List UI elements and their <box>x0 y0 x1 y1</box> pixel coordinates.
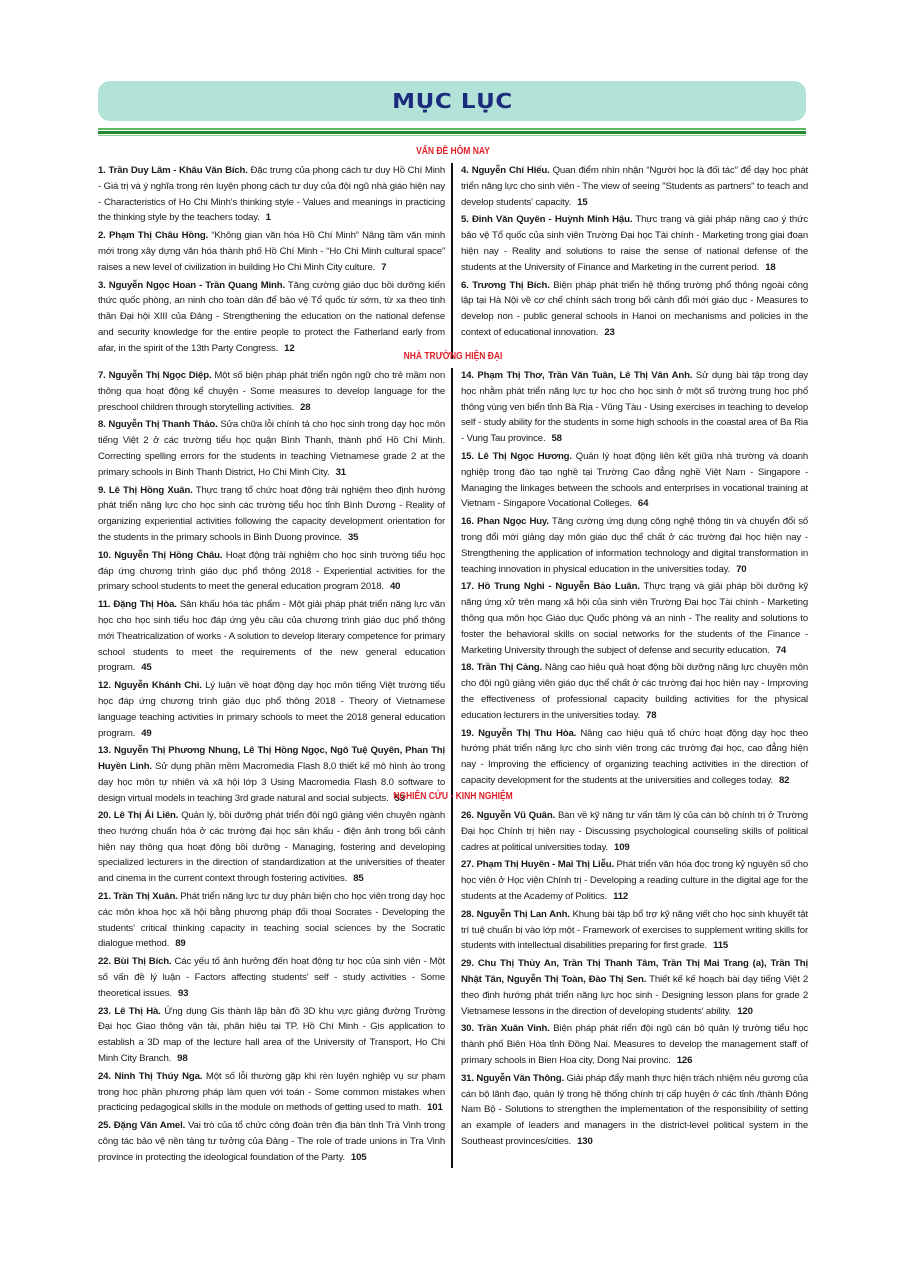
toc-entry: 22. Bùi Thị Bích. Các yếu tố ảnh hưởng đ… <box>98 954 445 1001</box>
entry-authors: Nguyễn Thị Thanh Thảo. <box>108 419 217 430</box>
section-title: NHÀ TRƯỜNG HIỆN ĐẠI <box>151 351 755 362</box>
entry-page: 58 <box>551 433 561 444</box>
entry-number: 15. <box>461 451 474 462</box>
entry-page: 101 <box>427 1102 443 1113</box>
toc-entry: 11. Đặng Thị Hòa. Sân khấu hóa tác phẩm … <box>98 597 445 676</box>
entry-page: 126 <box>677 1055 693 1066</box>
entry-number: 25. <box>98 1120 111 1131</box>
toc-entry: 12. Nguyễn Khánh Chi. Lý luận về hoạt độ… <box>98 678 445 741</box>
divider-line <box>98 131 806 134</box>
toc-entry: 3. Nguyễn Ngọc Hoan - Trần Quang Minh. T… <box>98 278 445 357</box>
entry-page: 109 <box>614 842 630 853</box>
column-left: 7. Nguyễn Thị Ngọc Diệp. Một số biện phá… <box>98 368 451 809</box>
toc-entry: 8. Nguyễn Thị Thanh Thảo. Sửa chữa lỗi c… <box>98 417 445 480</box>
entry-number: 10. <box>98 550 111 561</box>
toc-entry: 17. Hồ Trung Nghi - Nguyễn Bảo Luân. Thự… <box>461 579 808 658</box>
toc-entry: 2. Phạm Thị Châu Hồng. “Không gian văn h… <box>98 228 445 275</box>
entry-authors: Lê Thị Hồng Xuân. <box>109 485 193 496</box>
toc-entry: 29. Chu Thị Thủy An, Trần Thị Thanh Tâm,… <box>461 956 808 1019</box>
entry-page: 1 <box>266 212 271 223</box>
toc-banner: MỤC LỤC <box>98 81 806 121</box>
section-van-de-hom-nay: VẤN ĐỀ HÔM NAY 1. Trần Duy Lâm - Khâu Vă… <box>98 146 808 359</box>
entry-page: 70 <box>736 564 746 575</box>
entry-number: 13. <box>98 745 111 756</box>
entry-number: 4. <box>461 165 469 176</box>
entry-page: 35 <box>348 532 358 543</box>
entry-number: 17. <box>461 581 474 592</box>
column-left: 1. Trần Duy Lâm - Khâu Văn Bích. Đặc trư… <box>98 163 451 359</box>
page-title: MỤC LỤC <box>392 89 513 113</box>
entry-authors: Hồ Trung Nghi - Nguyễn Bảo Luân. <box>478 581 640 592</box>
toc-entry: 25. Đặng Văn Amel. Vai trò của tổ chức c… <box>98 1118 445 1165</box>
entry-authors: Đinh Văn Quyên - Huỳnh Minh Hậu. <box>472 214 632 225</box>
entry-authors: Nguyễn Thị Ngọc Diệp. <box>109 370 212 381</box>
toc-entry: 16. Phan Ngọc Huy. Tăng cường ứng dụng c… <box>461 514 808 577</box>
divider-line <box>98 128 806 130</box>
entry-page: 78 <box>646 710 656 721</box>
entry-number: 7. <box>98 370 106 381</box>
column-right: 26. Nguyễn Vũ Quân. Bàn về kỹ năng tư vấ… <box>453 808 808 1168</box>
entry-title: Sử dụng bài tập trong dạy học nhằm phát … <box>461 370 808 444</box>
toc-entry: 14. Phạm Thị Thơ, Trần Văn Tuân, Lê Thị … <box>461 368 808 447</box>
entry-authors: Bùi Thị Bích. <box>114 956 172 967</box>
entry-title: Thực trạng và giải pháp bồi dưỡng kỹ năn… <box>461 581 808 655</box>
entry-authors: Trần Duy Lâm - Khâu Văn Bích. <box>108 165 247 176</box>
entry-page: 105 <box>351 1152 367 1163</box>
entry-page: 7 <box>381 262 386 273</box>
divider-line <box>98 135 806 136</box>
entry-page: 89 <box>175 938 185 949</box>
entry-page: 23 <box>604 327 614 338</box>
entry-page: 85 <box>353 873 363 884</box>
column-left: 20. Lê Thị Ái Liên. Quản lý, bồi dưỡng p… <box>98 808 451 1168</box>
toc-entry: 18. Trần Thị Cảng. Nâng cao hiệu quả hoạ… <box>461 660 808 723</box>
entry-authors: Trần Thị Xuân. <box>114 891 178 902</box>
toc-entry: 26. Nguyễn Vũ Quân. Bàn về kỹ năng tư vấ… <box>461 808 808 855</box>
entry-number: 3. <box>98 280 106 291</box>
entry-number: 29. <box>461 958 474 969</box>
section-nghien-cuu-kinh-nghiem: NGHIÊN CỨU - KINH NGHIỆM 20. Lê Thị Ái L… <box>98 791 808 1168</box>
entry-authors: Phạm Thị Châu Hồng. <box>109 230 208 241</box>
entry-number: 5. <box>461 214 469 225</box>
entry-authors: Đặng Văn Amel. <box>114 1120 185 1131</box>
toc-entry: 10. Nguyễn Thị Hồng Châu. Hoạt động trải… <box>98 548 445 595</box>
toc-entry: 27. Phạm Thị Huyên - Mai Thị Liễu. Phát … <box>461 857 808 904</box>
column-right: 4. Nguyễn Chí Hiếu. Quan điểm nhìn nhận … <box>453 163 808 359</box>
column-right: 14. Phạm Thị Thơ, Trần Văn Tuân, Lê Thị … <box>453 368 808 809</box>
entry-number: 18. <box>461 662 474 673</box>
entry-number: 11. <box>98 599 110 610</box>
entry-page: 45 <box>141 662 151 673</box>
section-title: NGHIÊN CỨU - KINH NGHIỆM <box>151 791 755 802</box>
entry-number: 19. <box>461 728 474 739</box>
entry-authors: Lê Thị Ngọc Hương. <box>478 451 572 462</box>
entry-page: 120 <box>737 1006 753 1017</box>
entry-authors: Nguyễn Ngọc Hoan - Trần Quang Minh. <box>109 280 285 291</box>
entry-number: 27. <box>461 859 474 870</box>
entry-number: 9. <box>98 485 106 496</box>
entry-authors: Đặng Thị Hòa. <box>113 599 176 610</box>
entry-number: 22. <box>98 956 111 967</box>
toc-entry: 19. Nguyễn Thị Thu Hòa. Nâng cao hiệu qu… <box>461 726 808 789</box>
entry-authors: Trương Thị Bích. <box>472 280 549 291</box>
entry-authors: Ninh Thị Thúy Nga. <box>114 1071 202 1082</box>
entry-authors: Trần Thị Cảng. <box>477 662 542 673</box>
entry-number: 21. <box>98 891 111 902</box>
entry-page: 98 <box>177 1053 187 1064</box>
entry-page: 115 <box>713 940 728 951</box>
entry-authors: Nguyễn Thị Hồng Châu. <box>114 550 222 561</box>
entry-number: 20. <box>98 810 111 821</box>
entry-authors: Phạm Thị Huyên - Mai Thị Liễu. <box>476 859 614 870</box>
entry-authors: Lê Thị Ái Liên. <box>114 810 178 821</box>
entry-authors: Nguyễn Khánh Chi. <box>114 680 202 691</box>
entry-number: 24. <box>98 1071 111 1082</box>
entry-page: 64 <box>638 498 648 509</box>
entry-number: 2. <box>98 230 106 241</box>
section-nha-truong-hien-dai: NHÀ TRƯỜNG HIỆN ĐẠI 7. Nguyễn Thị Ngọc D… <box>98 351 808 809</box>
entry-number: 26. <box>461 810 474 821</box>
toc-entry: 1. Trần Duy Lâm - Khâu Văn Bích. Đặc trư… <box>98 163 445 226</box>
entry-number: 31. <box>461 1073 474 1084</box>
entry-page: 18 <box>765 262 775 273</box>
toc-entry: 9. Lê Thị Hồng Xuân. Thực trạng tổ chức … <box>98 483 445 546</box>
entry-number: 30. <box>461 1023 474 1034</box>
entry-number: 6. <box>461 280 469 291</box>
toc-entry: 31. Nguyễn Văn Thông. Giải pháp đẩy mạnh… <box>461 1071 808 1150</box>
entry-authors: Phan Ngọc Huy. <box>477 516 549 527</box>
toc-entry: 7. Nguyễn Thị Ngọc Diệp. Một số biện phá… <box>98 368 445 415</box>
entry-authors: Nguyễn Văn Thông. <box>476 1073 564 1084</box>
entry-authors: Nguyễn Thị Lan Anh. <box>477 909 570 920</box>
toc-entry: 4. Nguyễn Chí Hiếu. Quan điểm nhìn nhận … <box>461 163 808 210</box>
entry-authors: Nguyễn Thị Thu Hòa. <box>478 728 576 739</box>
entry-page: 74 <box>776 645 786 656</box>
toc-entry: 6. Trương Thị Bích. Biện pháp phát triển… <box>461 278 808 341</box>
toc-entry: 24. Ninh Thị Thúy Nga. Một số lỗi thường… <box>98 1069 445 1116</box>
entry-authors: Nguyễn Chí Hiếu. <box>472 165 550 176</box>
section-title: VẤN ĐỀ HÔM NAY <box>151 146 755 157</box>
entry-page: 93 <box>178 988 188 999</box>
entry-authors: Phạm Thị Thơ, Trần Văn Tuân, Lê Thị Vân … <box>477 370 692 381</box>
entry-authors: Nguyễn Vũ Quân. <box>477 810 555 821</box>
entry-number: 23. <box>98 1006 111 1017</box>
toc-entry: 20. Lê Thị Ái Liên. Quản lý, bồi dưỡng p… <box>98 808 445 887</box>
toc-entry: 15. Lê Thị Ngọc Hương. Quản lý hoạt động… <box>461 449 808 512</box>
entry-number: 16. <box>461 516 474 527</box>
entry-title: Quản lý, bồi dưỡng phát triển đội ngũ gi… <box>98 810 445 884</box>
entry-authors: Trần Xuân Vinh. <box>477 1023 549 1034</box>
entry-page: 31 <box>336 467 346 478</box>
entry-number: 14. <box>461 370 474 381</box>
entry-page: 112 <box>613 891 628 902</box>
entry-number: 12. <box>98 680 111 691</box>
entry-page: 28 <box>300 402 310 413</box>
entry-number: 28. <box>461 909 474 920</box>
entry-page: 40 <box>390 581 400 592</box>
toc-entry: 23. Lê Thị Hà. Ứng dụng Gis thành lập bả… <box>98 1004 445 1067</box>
toc-entry: 28. Nguyễn Thị Lan Anh. Khung bài tập bổ… <box>461 907 808 954</box>
entry-page: 49 <box>141 728 151 739</box>
entry-page: 15 <box>577 197 587 208</box>
toc-entry: 21. Trần Thị Xuân. Phát triển năng lực t… <box>98 889 445 952</box>
entry-number: 1. <box>98 165 106 176</box>
toc-entry: 30. Trần Xuân Vinh. Biện pháp phát riển … <box>461 1021 808 1068</box>
entry-page: 82 <box>779 775 789 786</box>
entry-authors: Lê Thị Hà. <box>114 1006 160 1017</box>
toc-entry: 5. Đinh Văn Quyên - Huỳnh Minh Hậu. Thực… <box>461 212 808 275</box>
entry-number: 8. <box>98 419 106 430</box>
entry-page: 130 <box>577 1136 593 1147</box>
